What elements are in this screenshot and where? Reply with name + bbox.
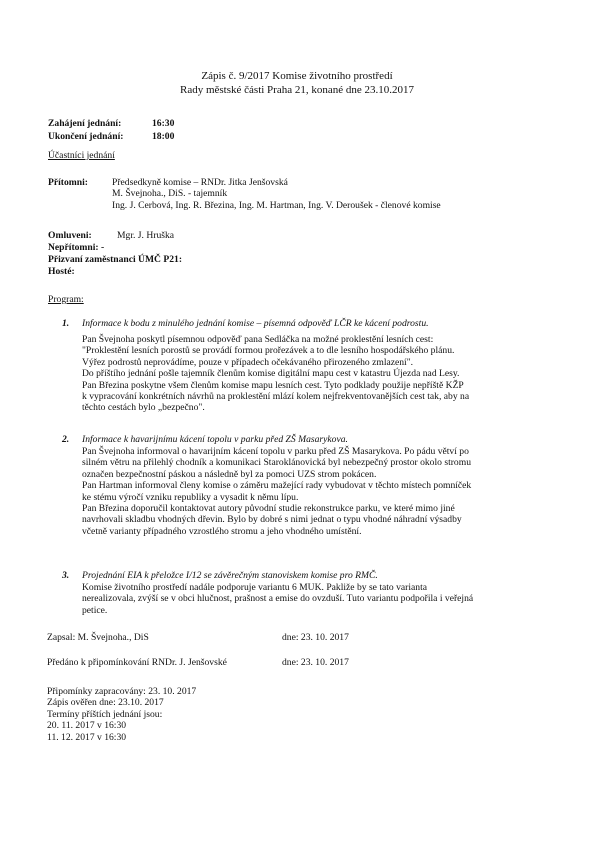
guests-label: Hosté: [48,266,75,277]
document-title-line1: Zápis č. 9/2017 Komise životního prostře… [0,70,594,83]
next-meetings-label: Termíny příštích jednání jsou: [47,709,196,720]
agenda-item-1-body: Pan Švejnoha poskytl písemnou odpověď pa… [82,334,558,414]
agenda-item-2-body: Pan Švejnoha informoval o havarijním kác… [82,446,558,537]
agenda-item-1-heading: Informace k bodu z minulého jednání komi… [82,318,429,329]
document-title-line2: Rady městské části Praha 21, konané dne … [0,84,594,97]
next-meeting-date: 20. 11. 2017 v 16:30 [47,720,196,731]
recorded-date: dne: 23. 10. 2017 [282,632,349,643]
submitted-for-comments: Předáno k připomínkování RNDr. J. Jenšov… [47,657,227,668]
footer-notes: Připomínky zapracovány: 23. 10. 2017 Záp… [47,686,196,743]
agenda-item-2-number: 2. [62,434,69,445]
present-item: Předsedkyně komise – RNDr. Jitka Jenšovs… [112,177,441,188]
excused-value: Mgr. J. Hruška [117,230,174,241]
present-item: M. Švejnoha., DiS. - tajemník [112,188,441,199]
comments-incorporated: Připomínky zapracovány: 23. 10. 2017 [47,686,196,697]
agenda-item-3-heading: Projednání EIA k přeložce I/12 se závěre… [82,570,378,581]
agenda-item-1-number: 1. [62,318,69,329]
present-label: Přítomni: [48,177,88,188]
agenda-heading: Program: [48,294,84,305]
present-item: Ing. J. Cerbová, Ing. R. Březina, Ing. M… [112,200,441,211]
meeting-end-label: Ukončení jednání: [48,131,123,142]
meeting-end-value: 18:00 [152,131,174,142]
minutes-verified: Zápis ověřen dne: 23.10. 2017 [47,697,196,708]
present-list: Předsedkyně komise – RNDr. Jitka Jenšovs… [112,177,441,211]
invited-label: Přizvaní zaměstnanci ÚMČ P21: [48,254,182,265]
agenda-item-3-number: 3. [62,570,69,581]
meeting-start-label: Zahájení jednání: [48,118,121,129]
next-meeting-date: 11. 12. 2017 v 16:30 [47,732,196,743]
recorded-by: Zapsal: M. Švejnoha., DiS [47,632,149,643]
meeting-start-value: 16:30 [152,118,174,129]
submitted-date: dne: 23. 10. 2017 [282,657,349,668]
agenda-item-3-body: Komise životního prostředí nadále podpor… [82,582,558,616]
excused-label: Omluveni: [48,230,92,241]
attendance-heading: Účastníci jednání [48,150,115,161]
agenda-item-2-heading: Informace k havarijnímu kácení topolu v … [82,434,348,445]
absent-label: Nepřítomni: - [48,242,104,253]
